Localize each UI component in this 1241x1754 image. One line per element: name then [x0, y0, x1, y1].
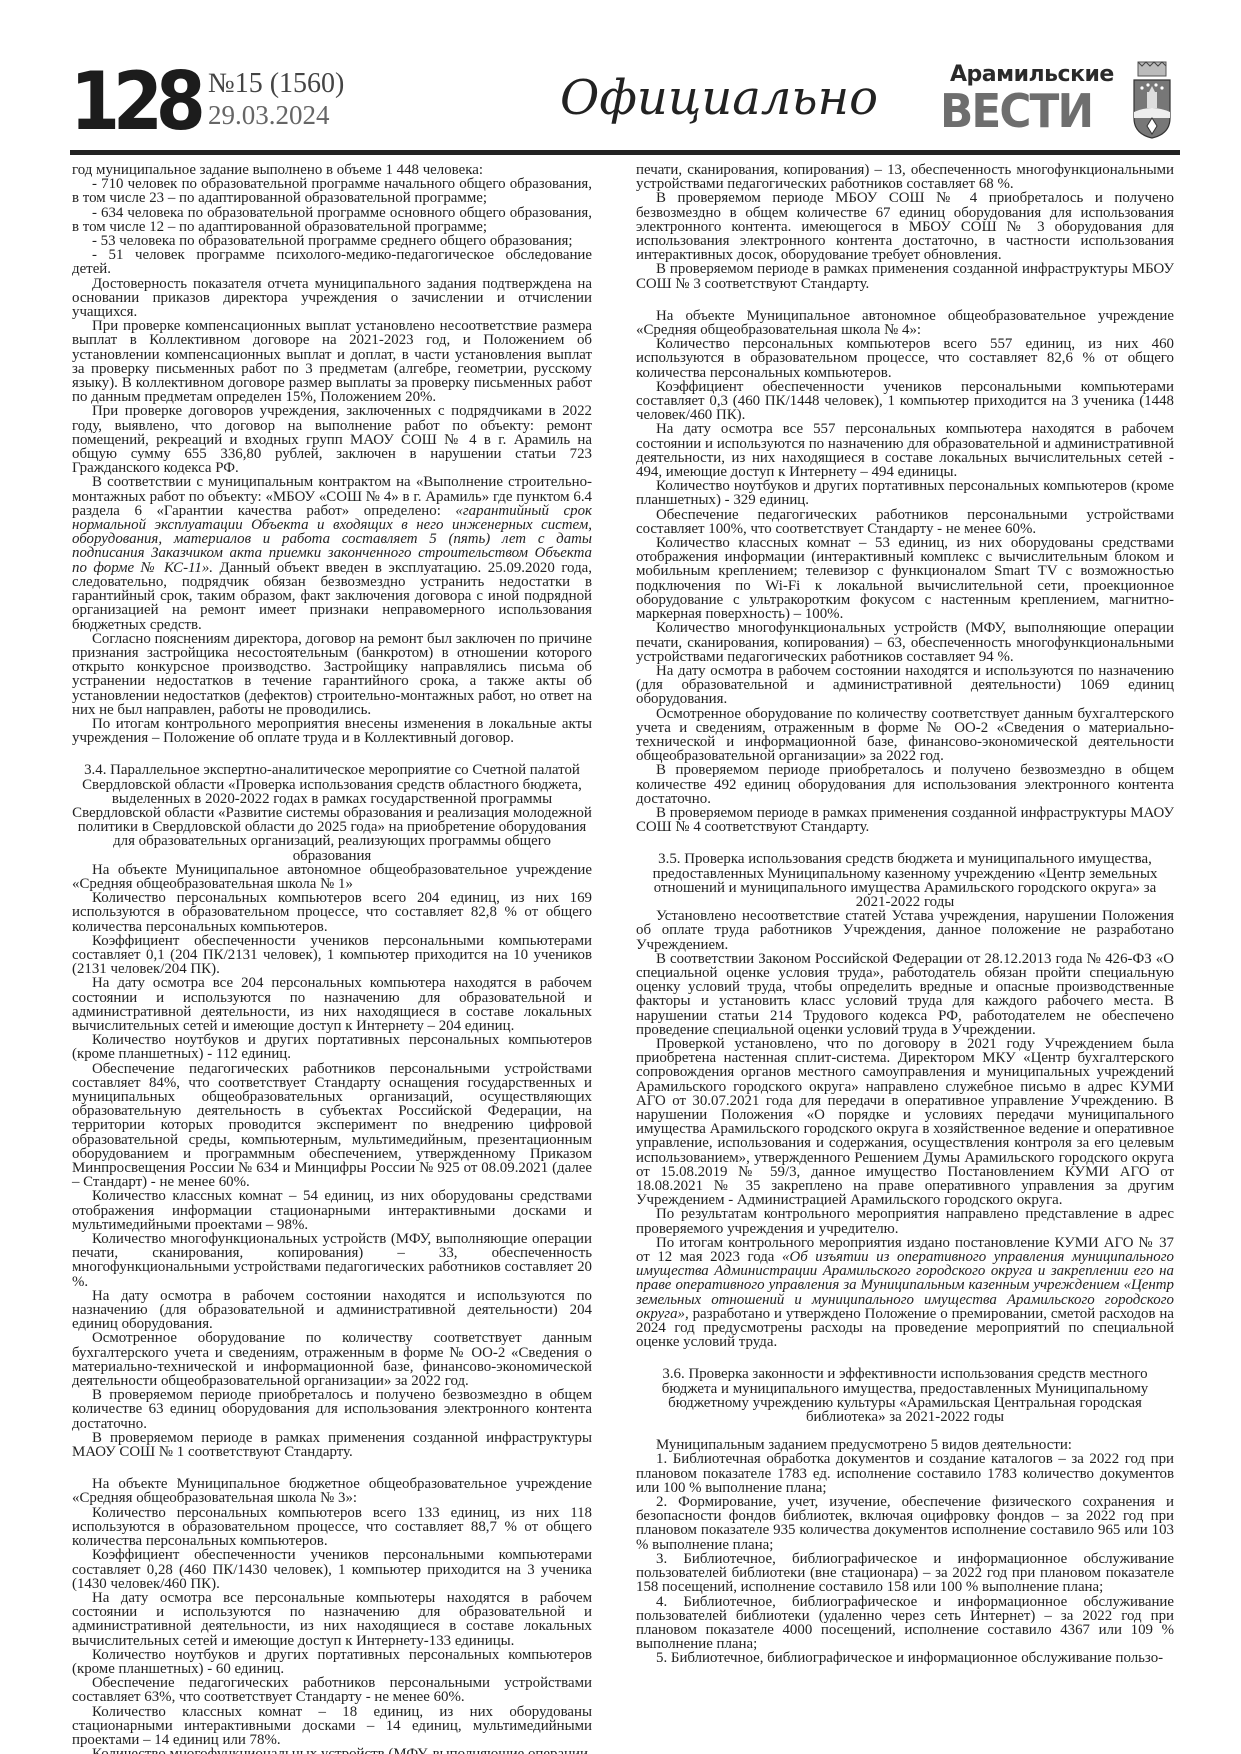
paragraph: При проверке компенсационных выплат уста…: [72, 319, 592, 404]
paragraph: По результатам контрольного мероприятия …: [636, 1207, 1174, 1235]
paragraph: На дату осмотра в рабочем состоянии нахо…: [636, 664, 1174, 707]
paragraph: год муниципальное задание выполнено в об…: [72, 163, 592, 177]
logo-main-text: ВЕСТИ: [940, 86, 1092, 136]
paragraph: При проверке договоров учреждения, заклю…: [72, 404, 592, 475]
paragraph: Осмотренное оборудование по количеству с…: [72, 1331, 592, 1388]
paragraph: Количество классных комнат – 18 единиц, …: [72, 1705, 592, 1748]
paragraph: По итогам контрольного мероприятия издан…: [636, 1236, 1174, 1350]
right-column: печати, сканирования, копирования) – 13,…: [636, 163, 1174, 1666]
paragraph: Количество многофункциональных устройств…: [72, 1232, 592, 1289]
paragraph: Коэффициент обеспеченности учеников перс…: [72, 934, 592, 977]
page-number: 128: [70, 62, 199, 142]
section-rubric: Официально: [560, 70, 878, 126]
paragraph: На дату осмотра все 204 персональных ком…: [72, 976, 592, 1033]
paragraph: По итогам контрольного мероприятия внесе…: [72, 717, 592, 745]
paragraph: На объекте Муниципальное бюджетное общео…: [72, 1477, 592, 1505]
list-item: 5. Библиотечное, библиографическое и инф…: [636, 1651, 1174, 1665]
section-heading-3-4: 3.4. Параллельное экспертно-аналитическо…: [72, 763, 592, 862]
paragraph: Согласно пояснениям директора, договор н…: [72, 632, 592, 717]
list-item: 2. Формирование, учет, изучение, обеспеч…: [636, 1495, 1174, 1552]
page-header: 128 №15 (1560) 29.03.2024 Официально Ара…: [70, 60, 1180, 150]
paragraph: На дату осмотра все персональные компьют…: [72, 1591, 592, 1648]
paragraph: На объекте Муниципальное автономное обще…: [72, 863, 592, 891]
paragraph: Количество многофункциональных устройств…: [636, 621, 1174, 664]
paragraph: В соответствии с муниципальным контракто…: [72, 475, 592, 631]
city-coat-of-arms-icon: [1130, 60, 1174, 140]
paragraph: Количество ноутбуков и других портативны…: [72, 1033, 592, 1061]
paragraph: Обеспечение педагогических работников пе…: [72, 1062, 592, 1190]
paragraph: Осмотренное оборудование по количеству с…: [636, 707, 1174, 764]
list-item: - 710 человек по образовательной програм…: [72, 177, 592, 205]
paragraph: печати, сканирования, копирования) – 13,…: [636, 163, 1174, 191]
paragraph: На дату осмотра все 557 персональных ком…: [636, 422, 1174, 479]
list-item: - 53 человека по образовательной програм…: [72, 234, 592, 248]
paragraph: Коэффициент обеспеченности учеников перс…: [636, 380, 1174, 423]
paragraph: Количество ноутбуков и других портативны…: [72, 1648, 592, 1676]
issue-date: 29.03.2024: [208, 102, 330, 129]
issue-number: №15 (1560): [208, 70, 344, 98]
section-heading-3-6: 3.6. Проверка законности и эффективности…: [636, 1367, 1174, 1424]
paragraph: В соответствии Законом Российской Федера…: [636, 952, 1174, 1037]
paragraph: Муниципальным заданием предусмотрено 5 в…: [636, 1438, 1174, 1452]
paragraph: В проверяемом периоде в рамках применени…: [636, 262, 1174, 290]
paragraph: В проверяемом периоде в рамках применени…: [72, 1431, 592, 1459]
paragraph: В проверяемом периоде МБОУ СОШ № 4 приоб…: [636, 191, 1174, 262]
paragraph: На дату осмотра в рабочем состоянии нахо…: [72, 1289, 592, 1332]
paragraph: Количество персональных компьютеров всег…: [636, 337, 1174, 380]
paragraph: Количество ноутбуков и других портативны…: [636, 479, 1174, 507]
paragraph: Проверкой установлено, что по договору в…: [636, 1037, 1174, 1207]
paragraph: Количество классных комнат – 53 единиц, …: [636, 536, 1174, 621]
list-item: - 51 человек программе психолого-медико-…: [72, 248, 592, 276]
paragraph: Установлено несоответствие статей Устава…: [636, 909, 1174, 952]
text-segment: разработано и утверждено Положение о пре…: [636, 1306, 1174, 1350]
paragraph: На объекте Муниципальное автономное обще…: [636, 309, 1174, 337]
paragraph: Количество персональных компьютеров всег…: [72, 1506, 592, 1549]
list-item: 1. Библиотечная обработка документов и с…: [636, 1452, 1174, 1495]
paragraph: В проверяемом периоде приобреталось и по…: [636, 763, 1174, 806]
list-item: - 634 человека по образовательной програ…: [72, 206, 592, 234]
paragraph: В проверяемом периоде в рамках применени…: [636, 806, 1174, 834]
left-column: год муниципальное задание выполнено в об…: [72, 163, 592, 1754]
paragraph: Количество персональных компьютеров всег…: [72, 891, 592, 934]
header-divider: [70, 150, 1180, 155]
paragraph: Достоверность показателя отчета муниципа…: [72, 277, 592, 320]
paragraph: В проверяемом периоде приобреталось и по…: [72, 1388, 592, 1431]
paragraph: Коэффициент обеспеченности учеников перс…: [72, 1548, 592, 1591]
paragraph: Количество многофункциональных устройств…: [72, 1747, 592, 1754]
newspaper-logo: Арамильские ВЕСТИ: [940, 60, 1140, 140]
list-item: 3. Библиотечное, библиографическое и инф…: [636, 1552, 1174, 1595]
list-item: 4. Библиотечное, библиографическое и инф…: [636, 1595, 1174, 1652]
section-heading-3-5: 3.5. Проверка использования средств бюдж…: [636, 852, 1174, 909]
paragraph: Количество классных комнат – 54 единиц, …: [72, 1189, 592, 1232]
paragraph: Обеспечение педагогических работников пе…: [636, 508, 1174, 536]
paragraph: Обеспечение педагогических работников пе…: [72, 1676, 592, 1704]
